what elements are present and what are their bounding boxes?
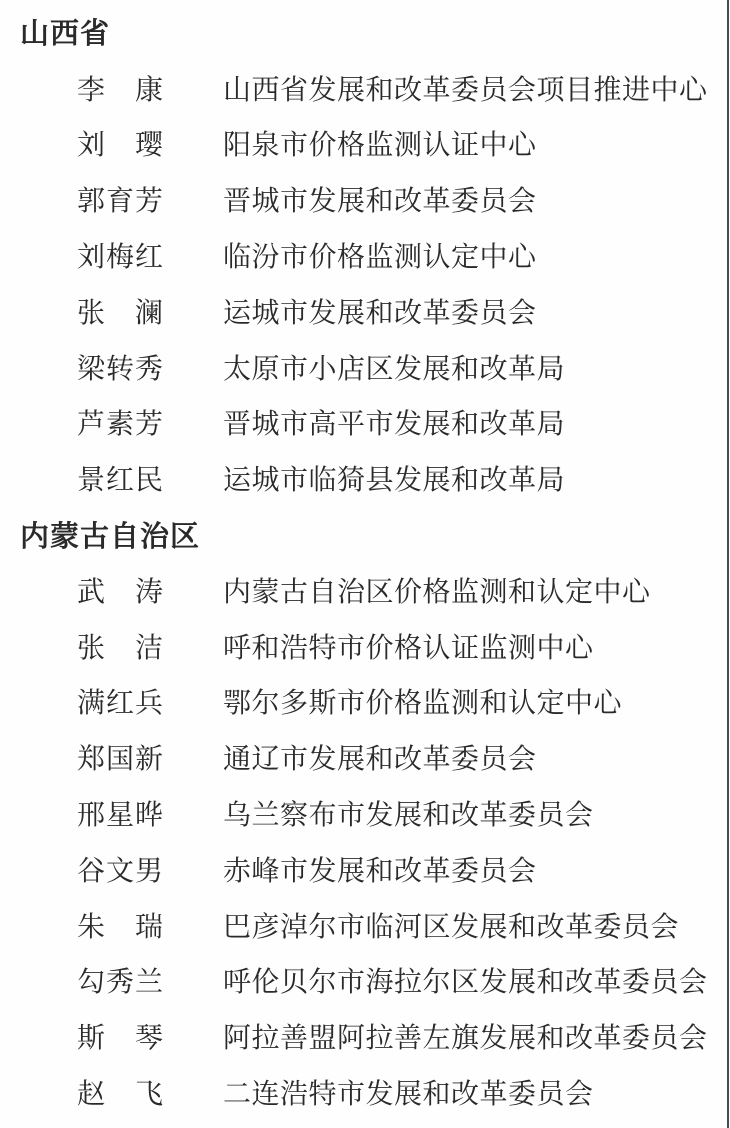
- person-name: 邢星晔: [77, 793, 223, 833]
- person-name: 满红兵: [77, 681, 223, 721]
- person-organization: 呼和浩特市价格认证监测中心: [223, 626, 594, 666]
- person-name: 郭育芳: [77, 179, 223, 219]
- person-organization: 呼伦贝尔市海拉尔区发展和改革委员会: [223, 960, 708, 1000]
- person-organization: 运城市发展和改革委员会: [223, 291, 537, 331]
- person-row: 郑国新 通辽市发展和改革委员会: [0, 729, 730, 785]
- document-page: 山西省 李 康 山西省发展和改革委员会项目推进中心 刘 璎 阳泉市价格监测认证中…: [0, 0, 730, 1128]
- person-row: 勾秀兰 呼伦贝尔市海拉尔区发展和改革委员会: [0, 953, 730, 1009]
- person-organization: 太原市小店区发展和改革局: [223, 347, 565, 387]
- person-organization: 赤峰市发展和改革委员会: [223, 849, 537, 889]
- person-name: 勾秀兰: [77, 960, 223, 1000]
- section-header-shanxi: 山西省: [0, 4, 730, 60]
- person-name: 李 康: [77, 68, 223, 108]
- person-organization: 巴彦淖尔市临河区发展和改革委员会: [223, 905, 679, 945]
- person-row: 张 澜 运城市发展和改革委员会: [0, 283, 730, 339]
- person-row: 满红兵 鄂尔多斯市价格监测和认定中心: [0, 674, 730, 730]
- person-row: 朱 瑞 巴彦淖尔市临河区发展和改革委员会: [0, 897, 730, 953]
- person-row: 芦素芳 晋城市高平市发展和改革局: [0, 395, 730, 451]
- person-organization: 二连浩特市发展和改革委员会: [223, 1072, 594, 1112]
- person-organization: 运城市临猗县发展和改革局: [223, 458, 565, 498]
- person-organization: 通辽市发展和改革委员会: [223, 737, 537, 777]
- roster-list: 山西省 李 康 山西省发展和改革委员会项目推进中心 刘 璎 阳泉市价格监测认证中…: [0, 4, 730, 1120]
- person-organization: 鄂尔多斯市价格监测和认定中心: [223, 681, 622, 721]
- person-row: 梁转秀 太原市小店区发展和改革局: [0, 339, 730, 395]
- person-name: 景红民: [77, 458, 223, 498]
- person-row: 刘梅红 临汾市价格监测认定中心: [0, 227, 730, 283]
- person-organization: 晋城市发展和改革委员会: [223, 179, 537, 219]
- person-organization: 晋城市高平市发展和改革局: [223, 402, 565, 442]
- person-row: 郭育芳 晋城市发展和改革委员会: [0, 171, 730, 227]
- section-header-neimenggu: 内蒙古自治区: [0, 506, 730, 562]
- person-name: 刘梅红: [77, 235, 223, 275]
- person-row: 张 洁 呼和浩特市价格认证监测中心: [0, 618, 730, 674]
- person-organization: 山西省发展和改革委员会项目推进中心: [223, 68, 708, 108]
- person-name: 武 涛: [77, 570, 223, 610]
- person-row: 李 康 山西省发展和改革委员会项目推进中心: [0, 60, 730, 116]
- person-name: 刘 璎: [77, 123, 223, 163]
- person-name: 谷文男: [77, 849, 223, 889]
- person-row: 赵 飞 二连浩特市发展和改革委员会: [0, 1064, 730, 1120]
- person-row: 刘 璎 阳泉市价格监测认证中心: [0, 116, 730, 172]
- person-row: 武 涛 内蒙古自治区价格监测和认定中心: [0, 562, 730, 618]
- person-name: 张 洁: [77, 626, 223, 666]
- person-name: 郑国新: [77, 737, 223, 777]
- person-name: 朱 瑞: [77, 905, 223, 945]
- person-row: 邢星晔 乌兰察布市发展和改革委员会: [0, 785, 730, 841]
- person-name: 张 澜: [77, 291, 223, 331]
- person-organization: 乌兰察布市发展和改革委员会: [223, 793, 594, 833]
- person-name: 芦素芳: [77, 402, 223, 442]
- person-row: 斯 琴 阿拉善盟阿拉善左旗发展和改革委员会: [0, 1008, 730, 1064]
- person-row: 谷文男 赤峰市发展和改革委员会: [0, 841, 730, 897]
- person-name: 赵 飞: [77, 1072, 223, 1112]
- person-organization: 阳泉市价格监测认证中心: [223, 123, 537, 163]
- person-organization: 阿拉善盟阿拉善左旗发展和改革委员会: [223, 1016, 708, 1056]
- person-row: 景红民 运城市临猗县发展和改革局: [0, 450, 730, 506]
- person-organization: 临汾市价格监测认定中心: [223, 235, 537, 275]
- person-name: 斯 琴: [77, 1016, 223, 1056]
- person-organization: 内蒙古自治区价格监测和认定中心: [223, 570, 651, 610]
- person-name: 梁转秀: [77, 347, 223, 387]
